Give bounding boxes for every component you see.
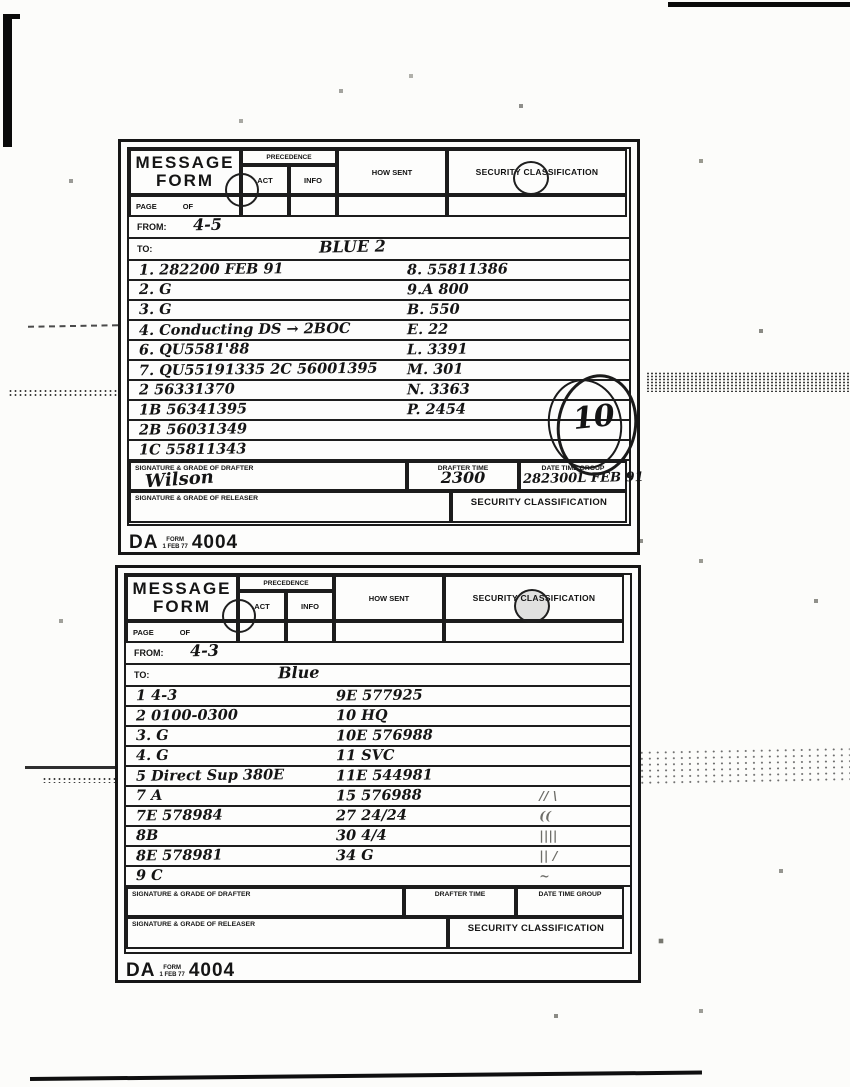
form-title-line1: MESSAGE: [135, 154, 234, 172]
row-left-entry: 2B 56031349: [139, 420, 247, 439]
to-row: TO: Blue: [126, 665, 630, 687]
releaser-signature-cell: SIGNATURE & GRADE OF RELEASER: [126, 917, 448, 949]
circled-number-handwritten: 10: [571, 398, 616, 437]
scan-edge-bar: [3, 14, 12, 147]
releaser-signature-cell: SIGNATURE & GRADE OF RELEASER: [129, 491, 451, 523]
row-left-entry: 8E 578981: [136, 847, 223, 866]
hand-drawn-circle: [513, 161, 549, 195]
row-right-entry: N. 3363: [407, 381, 470, 400]
info-cell: INFO: [286, 591, 334, 621]
row-right-entry: 34 G: [336, 847, 374, 865]
how-sent-entry-cell: [334, 621, 444, 643]
date-time-group-cell: DATE TIME GROUP: [516, 887, 624, 917]
row-tally-marks: ~: [539, 868, 549, 883]
row-left-entry: 7. QU55191335 2C 56001395: [139, 360, 378, 380]
precedence-header: PRECEDENCE: [241, 149, 337, 165]
drafter-time-cell: DRAFTER TIME 2300: [407, 461, 519, 491]
row-tally-marks: ((: [539, 808, 551, 823]
row-right-entry: 15 576988: [336, 787, 422, 806]
message-row: 8E 57898134 G|| /: [126, 847, 630, 867]
row-right-entry: 10E 576988: [336, 726, 433, 745]
footer-row-drafter: SIGNATURE & GRADE OF DRAFTER Wilson DRAF…: [129, 461, 629, 491]
message-row: 2. G9.A 800: [129, 281, 629, 301]
security-entry-cell: [447, 195, 627, 217]
scan-edge-notch: [11, 14, 20, 19]
da-form-num: 4004: [189, 961, 235, 980]
message-row: 9 C~: [126, 867, 630, 887]
row-left-entry: 1 4-3: [136, 687, 178, 705]
drafter-signature-label: SIGNATURE & GRADE OF DRAFTER: [128, 889, 402, 898]
drafter-time-label: DRAFTER TIME: [406, 889, 514, 898]
drafter-signature-cell: SIGNATURE & GRADE OF DRAFTER Wilson: [129, 461, 407, 491]
row-right-entry: 9.A 800: [407, 281, 469, 300]
row-left-entry: 6. QU5581'88: [139, 340, 250, 359]
of-label: OF: [183, 202, 193, 211]
row-right-entry: 30 4/4: [336, 827, 387, 846]
row-right-entry: 10 HQ: [336, 707, 388, 726]
info-entry-cell: [289, 195, 337, 217]
form-title-line2: FORM: [153, 598, 211, 616]
da-form-number: DA FORM1 FEB 77 4004: [126, 961, 235, 980]
row-right-entry: 11E 544981: [336, 766, 433, 785]
row-left-entry: 3. G: [139, 301, 172, 319]
security-entry-cell: [444, 621, 624, 643]
message-row: 1 4-39E 577925: [126, 687, 630, 707]
form-1-header: MESSAGE FORM PAGE OF PRECEDENCE ACT INFO…: [129, 149, 629, 217]
message-row: 4. Conducting DS → 2BOCE. 22: [129, 321, 629, 341]
drafter-signature-handwritten: Wilson: [144, 467, 214, 493]
footer-row-drafter: SIGNATURE & GRADE OF DRAFTER DRAFTER TIM…: [126, 887, 630, 917]
row-left-entry: 5 Direct Sup 380E: [136, 766, 284, 786]
security-classification-footer-cell: SECURITY CLASSIFICATION: [448, 917, 624, 949]
form-title-line1: MESSAGE: [132, 580, 231, 598]
releaser-signature-label: SIGNATURE & GRADE OF RELEASER: [128, 919, 446, 928]
row-right-entry: E. 22: [407, 321, 449, 339]
page-label: PAGE: [133, 628, 154, 637]
message-row: 7. QU55191335 2C 56001395M. 301: [129, 361, 629, 381]
row-right-entry: 27 24/24: [336, 807, 407, 826]
info-cell: INFO: [289, 165, 337, 195]
message-row: 2 0100-030010 HQ: [126, 707, 630, 727]
row-left-entry: 1B 56341395: [139, 400, 247, 419]
da-label: DA: [129, 533, 158, 552]
row-left-entry: 8B: [136, 827, 159, 845]
row-left-entry: 3. G: [136, 727, 169, 745]
releaser-signature-label: SIGNATURE & GRADE OF RELEASER: [131, 493, 449, 502]
info-entry-cell: [286, 621, 334, 643]
message-row: 7 A15 576988// \: [126, 787, 630, 807]
message-row: 6. QU5581'88L. 3391: [129, 341, 629, 361]
message-row: 4. G11 SVC: [126, 747, 630, 767]
date-time-group-label: DATE TIME GROUP: [518, 889, 622, 898]
message-form-2: MESSAGE FORM PAGE OF PRECEDENCE ACT INFO…: [115, 565, 641, 983]
row-tally-marks: ||||: [539, 828, 557, 843]
scan-line-bottom: [30, 1071, 702, 1081]
footer-row-releaser: SIGNATURE & GRADE OF RELEASER SECURITY C…: [129, 491, 629, 523]
to-value-handwritten: Blue: [278, 663, 320, 683]
scan-speckle-left: [8, 389, 120, 396]
from-label: FROM:: [137, 222, 167, 232]
security-classification-footer-label: SECURITY CLASSIFICATION: [453, 493, 625, 508]
form-1-table: MESSAGE FORM PAGE OF PRECEDENCE ACT INFO…: [127, 147, 631, 526]
to-label: TO:: [134, 670, 149, 680]
from-label: FROM:: [134, 648, 164, 658]
row-left-entry: 7 A: [136, 787, 163, 805]
message-row: 3. GB. 550: [129, 301, 629, 321]
how-sent-entry-cell: [337, 195, 447, 217]
scan-speckle-right-lower: [638, 746, 850, 786]
circled-annotation-10: 10: [557, 374, 631, 470]
message-row: 1. 282200 FEB 918. 55811386: [129, 261, 629, 281]
row-right-entry: P. 2454: [407, 401, 466, 420]
drafter-time-cell: DRAFTER TIME: [404, 887, 516, 917]
row-right-entry: L. 3391: [407, 341, 468, 360]
message-row: 5 Direct Sup 380E11E 544981: [126, 767, 630, 787]
to-value-handwritten: BLUE 2: [319, 236, 386, 256]
scanned-document-page: MESSAGE FORM PAGE OF PRECEDENCE ACT INFO…: [0, 0, 850, 1087]
scan-speckle-left-lower: [42, 777, 117, 783]
from-value-handwritten: 4-3: [190, 641, 219, 661]
hand-drawn-circle: [514, 589, 550, 623]
hand-drawn-circle: [225, 173, 259, 207]
row-left-entry: 2 56331370: [139, 380, 235, 399]
message-row: 3. G10E 576988: [126, 727, 630, 747]
how-sent-header: HOW SENT: [334, 575, 444, 621]
da-label: DA: [126, 961, 155, 980]
security-classification-footer-cell: SECURITY CLASSIFICATION: [451, 491, 627, 523]
row-left-entry: 7E 578984: [136, 807, 223, 826]
row-left-entry: 2. G: [139, 281, 172, 299]
drafter-signature-cell: SIGNATURE & GRADE OF DRAFTER: [126, 887, 404, 917]
row-right-entry: M. 301: [407, 361, 464, 380]
row-left-entry: 9 C: [136, 867, 163, 885]
page-of-cell: PAGE OF: [129, 195, 241, 217]
scan-noise-dots: [0, 0, 2, 2]
from-row: FROM: 4-3: [126, 643, 630, 665]
to-label: TO:: [137, 244, 152, 254]
footer-row-releaser: SIGNATURE & GRADE OF RELEASER SECURITY C…: [126, 917, 630, 949]
da-form-edition: FORM1 FEB 77: [159, 965, 184, 980]
row-left-entry: 4. Conducting DS → 2BOC: [139, 320, 351, 340]
hand-drawn-circle: [222, 599, 256, 633]
form-title-line2: FORM: [156, 172, 214, 190]
scan-line-top-right: [668, 2, 850, 7]
page-of-cell: PAGE OF: [126, 621, 238, 643]
row-right-entry: 11 SVC: [336, 747, 395, 766]
row-right-entry: 9E 577925: [336, 687, 423, 706]
message-row: 8B30 4/4||||: [126, 827, 630, 847]
scan-line-left-lower: [25, 766, 115, 769]
row-right-entry: B. 550: [407, 301, 460, 320]
da-form-edition: FORM1 FEB 77: [162, 537, 187, 552]
page-label: PAGE: [136, 202, 157, 211]
to-row: TO: BLUE 2: [129, 239, 629, 261]
row-left-entry: 4. G: [136, 747, 169, 765]
message-form-1: MESSAGE FORM PAGE OF PRECEDENCE ACT INFO…: [118, 139, 640, 555]
scan-speckle-right-band: [646, 372, 850, 392]
row-tally-marks: || /: [539, 848, 557, 863]
row-tally-marks: // \: [539, 788, 557, 803]
da-form-num: 4004: [192, 533, 238, 552]
message-row: 7E 57898427 24/24((: [126, 807, 630, 827]
drafter-time-handwritten: 2300: [409, 468, 517, 487]
security-classification-footer-label: SECURITY CLASSIFICATION: [450, 919, 622, 934]
form-2-header: MESSAGE FORM PAGE OF PRECEDENCE ACT INFO…: [126, 575, 630, 643]
of-label: OF: [180, 628, 190, 637]
row-left-entry: 1C 55811343: [139, 440, 247, 459]
form-2-table: MESSAGE FORM PAGE OF PRECEDENCE ACT INFO…: [124, 573, 632, 954]
row-right-entry: 8. 55811386: [407, 260, 508, 279]
row-left-entry: 2 0100-0300: [136, 706, 238, 725]
row-left-entry: 1. 282200 FEB 91: [139, 260, 284, 280]
how-sent-header: HOW SENT: [337, 149, 447, 195]
da-form-number: DA FORM1 FEB 77 4004: [129, 533, 238, 552]
from-value-handwritten: 4-5: [193, 215, 222, 235]
precedence-header: PRECEDENCE: [238, 575, 334, 591]
scan-dash-left: [28, 324, 118, 328]
